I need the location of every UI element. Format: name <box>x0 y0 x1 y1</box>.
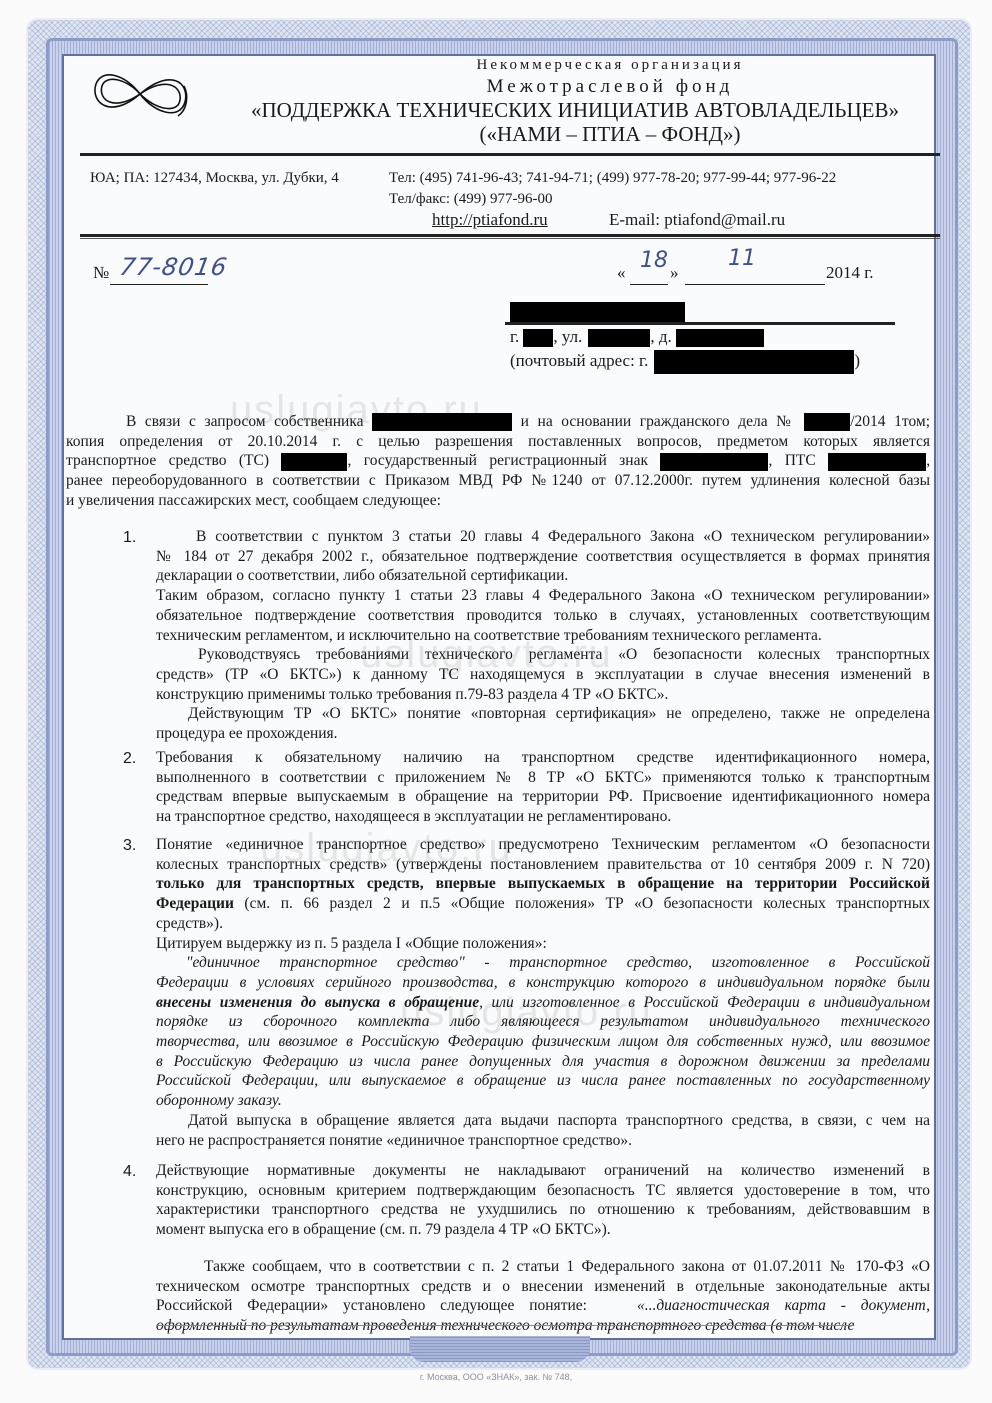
redaction-owner <box>372 413 512 431</box>
header-rule-bottom <box>80 234 940 237</box>
redaction-vehicle <box>281 453 347 471</box>
redaction-street <box>588 329 650 347</box>
number-label: № <box>93 263 109 283</box>
redaction-pts <box>828 453 926 471</box>
header-rule-top <box>80 153 940 156</box>
city-prefix: г. <box>510 327 519 346</box>
redaction-plate <box>660 453 768 471</box>
email-address: E-mail: ptiafond@mail.ru <box>609 210 785 230</box>
addressee-postal: (почтовый адрес: г.) <box>510 350 860 374</box>
website-link[interactable]: http://ptiafond.ru <box>432 210 548 230</box>
org-abbreviation: («НАМИ – ПТИА – ФОНД») <box>400 122 820 147</box>
org-fax: Тел/факс: (499) 977-96-00 <box>389 191 553 208</box>
org-address: ЮА; ПА: 127434, Москва, ул. Дубки, 4 <box>90 170 339 187</box>
item-number: 2. <box>123 750 136 768</box>
date-open-quote: « <box>617 263 626 283</box>
house-prefix: , д. <box>650 327 671 346</box>
date-close-quote: » <box>670 263 679 283</box>
handwritten-day: 18 <box>640 248 668 273</box>
closing-paragraph: Также сообщаем, что в соответствии с п. … <box>156 1257 930 1336</box>
month-underline <box>685 284 825 285</box>
redaction-case-number <box>804 413 850 431</box>
org-phones: Тел: (495) 741-96-43; 741-94-71; (499) 9… <box>389 170 836 187</box>
handwritten-number: 77-8016 <box>118 253 230 281</box>
street-prefix: , ул. <box>553 327 582 346</box>
item-number: 1. <box>123 529 136 547</box>
postal-suffix: ) <box>854 351 860 370</box>
addressee-rule <box>505 322 895 325</box>
handwritten-month: 11 <box>728 246 756 271</box>
infinity-logo-icon <box>90 62 190 126</box>
redaction-city <box>523 329 553 347</box>
org-name: «ПОДДЕРЖКА ТЕХНИЧЕСКИХ ИНИЦИАТИВ АВТОВЛА… <box>250 98 900 123</box>
addressee-address: г., ул., д. <box>510 327 764 347</box>
intro-paragraph: В связи с запросом собственника и на осн… <box>66 412 930 511</box>
quote: "единичное транспортное средство" - тран… <box>156 953 930 973</box>
redaction-recipient-name <box>510 302 685 322</box>
day-underline <box>630 284 668 285</box>
postal-prefix: (почтовый адрес: г. <box>510 351 648 370</box>
item-number: 3. <box>123 837 136 855</box>
list-item-1: В соответствии с пунктом 3 статьи 20 гла… <box>156 527 930 744</box>
list-item-3: Понятие «единичное транспортное средство… <box>156 835 930 1150</box>
letter-content: Некоммерческая организация Межотраслевой… <box>0 0 992 1403</box>
item-number: 4. <box>123 1163 136 1181</box>
org-kind: Межотраслевой фонд <box>400 76 820 98</box>
redaction-house <box>676 329 764 347</box>
date-year: 2014 г. <box>826 263 874 283</box>
org-type: Некоммерческая организация <box>400 57 820 74</box>
header-rule-bottom-thin <box>80 238 940 239</box>
list-item-4: Действующие нормативные документы не нак… <box>156 1161 930 1240</box>
list-item-2: Требования к обязательному наличию на тр… <box>156 748 930 827</box>
number-underline <box>110 284 208 285</box>
redaction-postal-address <box>654 350 854 374</box>
